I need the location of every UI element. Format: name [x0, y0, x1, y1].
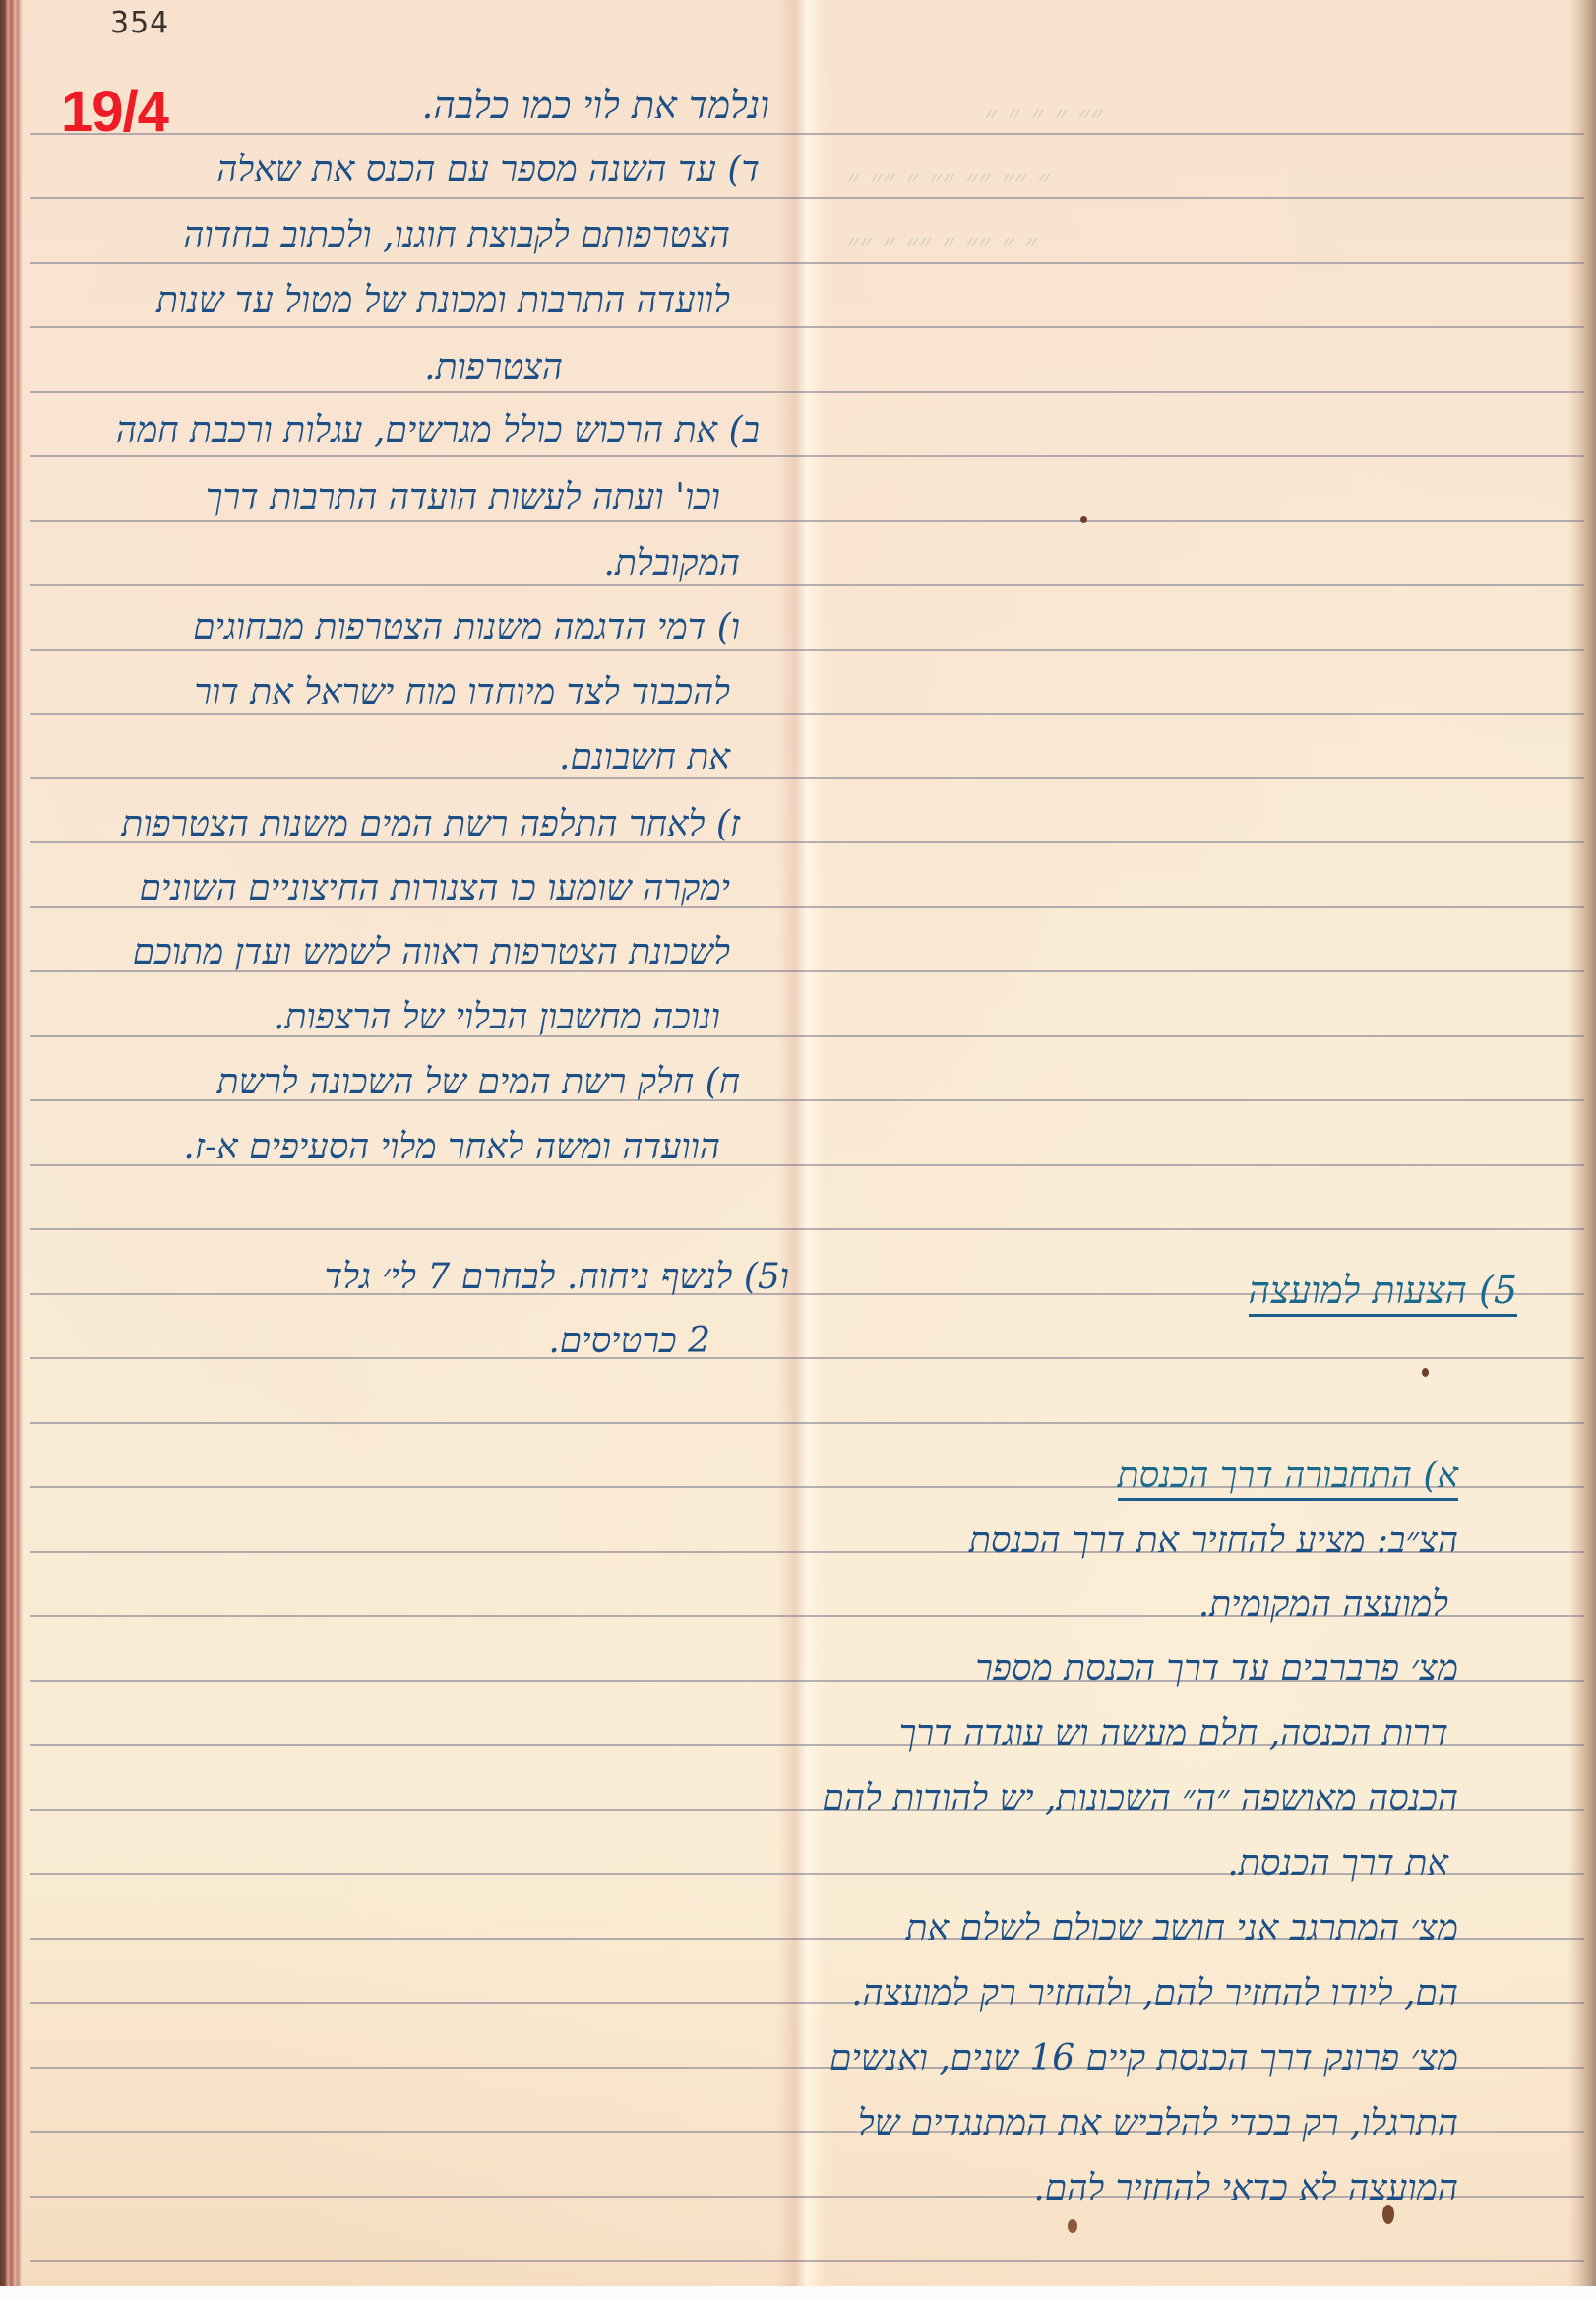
handwritten-line: ונלמד את לוי כמו כלבה.	[421, 87, 769, 124]
ruled-line	[30, 133, 1584, 135]
handwritten-line: ז) לאחר התלפה רשת המים משנות הצטרפות	[121, 807, 740, 842]
section-heading: 5) הצעות למועצה	[1249, 1272, 1517, 1309]
handwritten-line: ד) עד השנה מספר עם הכנס את שאלה	[216, 153, 760, 188]
ruled-line	[30, 1357, 1584, 1359]
handwritten-line: ונוכה מחשבון הבלוי של הרצפות.	[274, 1000, 720, 1035]
bleed-through-text: ״ ״ ״״ ״ ״״ ״ ״״	[846, 226, 1037, 266]
handwritten-line: המועצה לא כדאי להחזיר להם.	[1033, 2171, 1458, 2207]
handwritten-line: למועצה המקומית.	[1198, 1587, 1448, 1623]
ruled-line	[30, 455, 1584, 457]
ink-dot	[1080, 516, 1087, 523]
ink-dot	[1422, 1368, 1429, 1377]
handwritten-line: ו) דמי הדגמה משנות הצטרפות מבחוגים	[193, 610, 740, 646]
handwritten-line: דרות הכנסה, חלם מעשה וש עוגדה דרך	[899, 1716, 1448, 1752]
handwritten-line: 2 כרטיסים.	[548, 1324, 710, 1359]
page-right-edge	[1568, 0, 1596, 2286]
handwritten-line: ב) את הרכוש כולל מגרשים, עגלות ורכבת חמה	[116, 413, 760, 449]
ruled-line	[30, 262, 1584, 264]
bleed-through-text: ״״ ״ ״ ״ ״	[984, 98, 1103, 138]
book-binding-edge	[0, 0, 24, 2286]
subsection-heading: א) התחבורה דרך הכנסת	[1118, 1459, 1458, 1494]
handwritten-line: לשכונת הצטרפות ראווה לשמש ועדן מתוכם	[133, 935, 730, 970]
handwritten-line: המקובלת.	[604, 546, 741, 582]
ruled-line	[30, 1228, 1584, 1230]
ruled-line	[30, 2260, 1584, 2262]
ruled-line	[30, 777, 1584, 779]
handwritten-line: הצטרפותם לקבוצת חוגנו, ולכתוב בחדוה	[183, 218, 730, 254]
handwritten-line: את דרך הכנסת.	[1227, 1846, 1448, 1882]
page-number: 354	[110, 6, 169, 40]
handwritten-line: וכו' ועתה לעשות הועדה התרבות דרך	[206, 480, 720, 516]
handwritten-line: הוועדה ומשה לאחר מלוי הסעיפים א-ז.	[183, 1130, 720, 1165]
page-gutter	[777, 0, 827, 2286]
ruled-line	[30, 1035, 1584, 1037]
handwritten-line: מצ׳ פרונק דרך הכנסת קיים 16 שנים, ואנשים	[829, 2041, 1458, 2077]
handwritten-line: להכבוד לצד מיוחדו מוח ישראל את דור	[194, 675, 730, 711]
stain	[1068, 2219, 1077, 2233]
section-heading-text: 5) הצעות למועצה	[1249, 1269, 1517, 1317]
bleed-through-text: ״ ״״ ״״ ״״ ״ ״״ ״	[846, 162, 1050, 202]
ruled-line	[30, 584, 1584, 586]
handwritten-line: הם, ליודו להחזיר להם, ולהחזיר רק למועצה.	[851, 1976, 1458, 2012]
ruled-line	[30, 1422, 1584, 1424]
ruled-line	[30, 520, 1584, 522]
ruled-line	[30, 391, 1584, 393]
handwritten-line: הצ״ב: מציע להחזיר את דרך הכנסת	[969, 1523, 1458, 1559]
handwritten-line: מצ׳ המתרגב אני חושב שכולם לשלם את	[906, 1911, 1458, 1947]
ruled-line	[30, 326, 1584, 328]
handwritten-line: את חשבונם.	[559, 740, 730, 776]
subsection-heading-text: א) התחבורה דרך הכנסת	[1118, 1456, 1458, 1501]
handwritten-line: הכנסה מאושפה ״ה״ השכונות, יש להודות להם	[822, 1781, 1458, 1817]
notebook-spread: ״״ ״ ״ ״ ״ ״ ״״ ״״ ״״ ״ ״״ ״ ״ ״ ״״ ״ ״״…	[0, 0, 1596, 2286]
ruled-line	[30, 713, 1584, 715]
ruled-line	[30, 197, 1584, 199]
date-label: 19/4	[61, 79, 168, 145]
handwritten-line: הצטרפות.	[424, 350, 563, 386]
handwritten-line: התרגלו, רק בכדי להלביש את המתנגדים של	[858, 2106, 1458, 2142]
handwritten-line: ימקרה שומעו כו הצנורות החיצוניים השונים	[139, 871, 730, 906]
ruled-line	[30, 649, 1584, 651]
handwritten-line: מצ׳ פרברבים עד דרך הכנסת מספר	[975, 1651, 1458, 1687]
handwritten-line: ח) חלק רשת המים של השכונה לרשת	[217, 1065, 740, 1100]
scan-border	[0, 2286, 1596, 2300]
handwritten-line: ו5) לנשף ניחוח. לבחרם 7 לי׳ גלד	[325, 1260, 789, 1295]
handwritten-line: לוועדה התרבות ומכונת של מטול עד שנות	[156, 283, 730, 319]
stain	[1382, 2205, 1394, 2224]
